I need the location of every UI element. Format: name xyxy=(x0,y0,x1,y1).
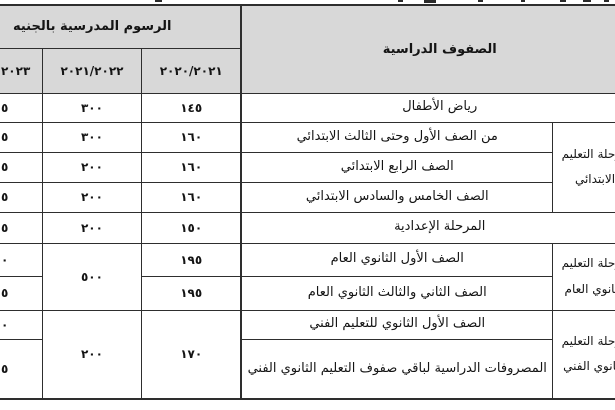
caption-fragment xyxy=(424,0,436,3)
caption-fragment xyxy=(583,0,591,2)
fee-cell: ٣٠٠ xyxy=(42,93,141,122)
grade-cell: المرحلة الإعدادية xyxy=(241,212,615,243)
fee-cell-clipped: ٥ xyxy=(0,182,42,212)
table-row: مرحلة التعليم الثانوي العام الصف الأول ا… xyxy=(0,243,615,276)
table-header-row: الصفوف الدراسية الرسوم المدرسية بالجنيه xyxy=(0,5,615,48)
fee-cell: ٢٠٠ xyxy=(42,152,141,182)
grades-title-cell: الصفوف الدراسية xyxy=(241,5,615,93)
fee-cell-clipped: ٥ xyxy=(0,339,42,399)
fee-cell-clipped: ٥ xyxy=(0,276,42,310)
grade-cell: من الصف الأول وحتى الثالث الابتدائي xyxy=(241,122,552,152)
year-header-2020-2021: ٢٠٢٠/٢٠٢١ xyxy=(141,48,241,93)
fee-cell: ١٥٠ xyxy=(141,212,241,243)
fee-cell-clipped: ٥ xyxy=(0,93,42,122)
fee-cell-clipped: ٥ xyxy=(0,122,42,152)
fee-cell: ١٩٥ xyxy=(141,243,241,276)
table-row: المرحلة الإعدادية ١٥٠ ٢٠٠ ٥ xyxy=(0,212,615,243)
table-row: رياض الأطفال ١٤٥ ٣٠٠ ٥ xyxy=(0,93,615,122)
grade-cell: رياض الأطفال xyxy=(241,93,615,122)
caption-fragment xyxy=(521,0,525,2)
fee-cell: ٢٠٠ xyxy=(42,212,141,243)
fee-cell: ١٦٠ xyxy=(141,122,241,152)
table-row: مرحلة التعليم الثانوي الفني الصف الأول ا… xyxy=(0,310,615,339)
caption-fragment xyxy=(398,0,403,2)
fees-title-cell: الرسوم المدرسية بالجنيه xyxy=(0,5,241,48)
table-row: مرحلة التعليم الابتدائي من الصف الأول وح… xyxy=(0,122,615,152)
caption-fragment xyxy=(604,0,609,2)
grade-cell: الصف الخامس والسادس الابتدائي xyxy=(241,182,552,212)
table-row: الصف الخامس والسادس الابتدائي ١٦٠ ٢٠٠ ٥ xyxy=(0,182,615,212)
grade-cell: الصف الرابع الابتدائي xyxy=(241,152,552,182)
fee-cell-clipped: ٠ xyxy=(0,310,42,339)
grade-cell: الصف الأول الثانوي للتعليم الفني xyxy=(241,310,552,339)
fee-cell-merged: ١٧٠ xyxy=(141,310,241,399)
stage-cell-primary: مرحلة التعليم الابتدائي xyxy=(553,122,615,212)
fee-cell-merged: ٢٠٠ xyxy=(42,310,141,399)
fee-cell-clipped: ٥ xyxy=(0,212,42,243)
fee-cell: ٢٠٠ xyxy=(42,182,141,212)
school-fees-table: الصفوف الدراسية الرسوم المدرسية بالجنيه … xyxy=(0,4,615,400)
year-header-2022-2023-clipped: ٢٠٢٣ xyxy=(0,48,42,93)
grade-cell: الصف الثاني والثالث الثانوي العام xyxy=(241,276,552,310)
fee-cell-clipped: ٥ xyxy=(0,152,42,182)
fee-cell-merged: ٥٠٠ xyxy=(42,243,141,310)
caption-fragment xyxy=(155,0,162,2)
caption-fragment xyxy=(478,0,483,2)
fee-cell: ٣٠٠ xyxy=(42,122,141,152)
stage-cell-general-secondary: مرحلة التعليم الثانوي العام xyxy=(553,243,615,310)
grade-cell: المصروفات الدراسية لباقي صفوف التعليم ال… xyxy=(241,339,552,399)
fee-cell-clipped: ٠ xyxy=(0,243,42,276)
caption-fragment xyxy=(560,0,566,2)
stage-cell-technical-secondary: مرحلة التعليم الثانوي الفني xyxy=(553,310,615,399)
year-header-2021-2022: ٢٠٢١/٢٠٢٢ xyxy=(42,48,141,93)
fee-cell: ١٦٠ xyxy=(141,152,241,182)
fee-cell: ١٦٠ xyxy=(141,182,241,212)
fee-cell: ١٤٥ xyxy=(141,93,241,122)
document-page: الصفوف الدراسية الرسوم المدرسية بالجنيه … xyxy=(0,0,615,410)
table-row: الصف الرابع الابتدائي ١٦٠ ٢٠٠ ٥ xyxy=(0,152,615,182)
grade-cell: الصف الأول الثانوي العام xyxy=(241,243,552,276)
fee-cell: ١٩٥ xyxy=(141,276,241,310)
